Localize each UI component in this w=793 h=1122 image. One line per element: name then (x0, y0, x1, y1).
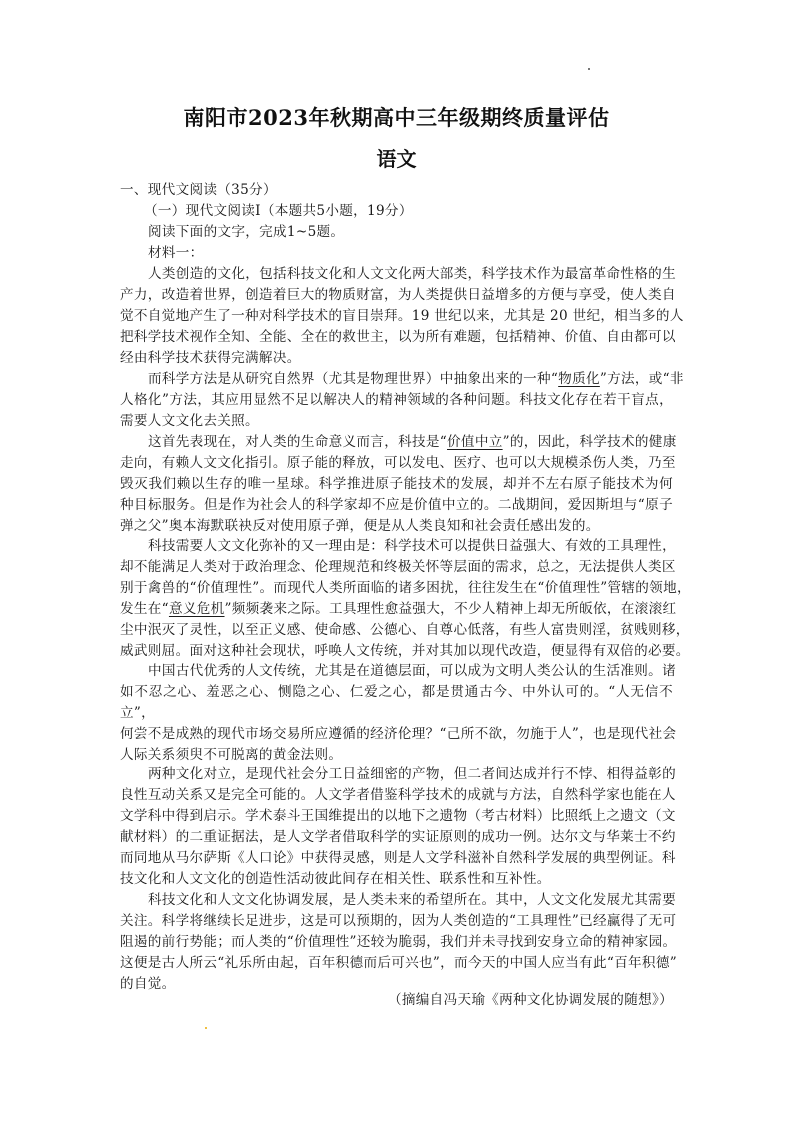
passage-line: 威武则屈。面对这种社会现状，呼唤人文传统，并对其加以现代改造，便显得有双倍的必要… (120, 641, 680, 661)
passage-line: 如不忍之心、羞恶之心、恻隐之心、仁爱之心，都是贯通古今、中外认可的。“人无信不 (120, 682, 673, 702)
text-segment: 这首先表现在，对人类的生命意义而言，科技是“ (148, 434, 447, 450)
passage-line: 技文化和人文文化的创造性活动彼此间存在相关性、联系性和互补性。 (120, 869, 680, 889)
scan-artifact (205, 1027, 207, 1029)
passage-line: 发生在“意义危机”频频袭来之际。工具理性愈益强大，不少人精神上却无所皈依，在滚滚… (120, 599, 673, 619)
passage-line: 却不能满足人类对于政治理念、伦理规范和终极关怀等层面的需求，总之，无法提供人类区 (120, 557, 673, 577)
passage-line: 弹之父”奥本海默联袂反对使用原子弹，便是从人类良知和社会责任感出发的。 (120, 516, 680, 536)
underlined-term: 意义危机 (169, 601, 225, 617)
passage-line: 科技需要人文文化弥补的又一理由是：科学技术可以提供日益强大、有效的工具理性， (148, 536, 673, 556)
passage-line: 文学科中得到启示。学术泰斗王国维提出的以地下之遗物（考古材料）比照纸上之遗文（文 (120, 806, 673, 826)
passage-line: 而科学方法是从研究自然界（尤其是物理世界）中抽象出来的一种“物质化”方法，或“非 (148, 369, 673, 389)
passage-line: 中国古代优秀的人文传统，尤其是在道德层面，可以成为文明人类公认的生活准则。诸 (148, 661, 673, 681)
passage-line: 人格化”方法，其应用显然不足以解决人的精神领域的各种问题。科技文化存在若干盲点， (120, 390, 673, 410)
passage-line: 科技文化和人文文化协调发展，是人类未来的希望所在。其中，人文文化发展尤其需要 (148, 890, 673, 910)
instruction: 阅读下面的文字，完成1~5题。 (148, 222, 708, 242)
passage-line: 觉不自觉地产生了一种对科学技术的盲目崇拜。19 世纪以来，尤其是 20 世纪，相… (120, 306, 673, 326)
underlined-term: 价值中立 (447, 434, 503, 450)
section-subheading: （一）现代文阅读Ⅰ（本题共5小题，19分） (144, 201, 704, 221)
text-segment: ”的，因此，科学技术的健康 (503, 434, 677, 450)
subject-title: 语文 (0, 143, 793, 172)
text-segment: 而科学方法是从研究自然界（尤其是物理世界）中抽象出来的一种“ (148, 371, 558, 387)
passage-line: 尘中泯灭了灵性，以至正义感、使命感、公德心、自尊心低落，有些人富贵则淫，贫贱则移… (120, 620, 673, 640)
exam-title: 南阳市2023年秋期高中三年级期终质量评估 (0, 102, 793, 132)
passage-line: 而同地从马尔萨斯《人口论》中获得灵感，则是人文学科滋补自然科学发展的典型例证。科 (120, 848, 673, 868)
passage-line: 献材料）的二重证据法，是人文学者借取科学的实证原则的成功一例。达尔文与华莱士不约 (120, 827, 673, 847)
passage-line: 需要人文文化去关照。 (120, 411, 680, 431)
passage-line: 立”， (120, 703, 680, 723)
material-label: 材料一： (148, 243, 708, 263)
passage-line: 产力，改造着世界，创造着巨大的物质财富，为人类提供日益增多的方便与享受，使人类自 (120, 285, 673, 305)
passage-line: 这首先表现在，对人类的生命意义而言，科技是“价值中立”的，因此，科学技术的健康 (148, 432, 673, 452)
passage-line: 两种文化对立，是现代社会分工日益细密的产物，但二者间达成并行不悖、相得益彰的 (148, 764, 673, 784)
passage-line: 把科学技术视作全知、全能、全在的救世主，以为所有难题，包括精神、价值、自由都可以 (120, 327, 673, 347)
passage-line: 毁灭我们赖以生存的唯一星球。科学推进原子能技术的发展，却并不左右原子能技术为何 (120, 474, 673, 494)
text-segment: 发生在“ (120, 601, 169, 617)
passage-line: 别于禽兽的“价值理性”。而现代人类所面临的诸多困扰，往往发生在“价值理性”管辖的… (120, 578, 673, 598)
text-segment: ”方法，或“非 (600, 371, 684, 387)
passage-line: 阻遏的前行势能；而人类的“价值理性”还较为脆弱，我们并未寻找到安身立命的精神家园… (120, 932, 673, 952)
text-segment: ”频频袭来之际。工具理性愈益强大，不少人精神上却无所皈依，在滚滚红 (225, 601, 677, 617)
passage-line: 走向，有赖人文文化指引。原子能的释放，可以发电、医疗、也可以大规模杀伤人类，乃至 (120, 453, 673, 473)
passage-line: 何尝不是成熟的现代市场交易所应遵循的经济伦理？“己所不欲，勿施于人”，也是现代社… (120, 724, 673, 744)
passage-line: 关注。科学将继续长足进步，这是可以预期的，因为人类创造的“工具理性”已经赢得了无… (120, 911, 673, 931)
passage-line: 人际关系须臾不可脱离的黄金法则。 (120, 745, 680, 765)
source-citation: （摘编自冯天瑜《两种文化协调发展的随想》） (388, 990, 673, 1010)
passage-line: 经由科学技术获得完满解决。 (120, 348, 680, 368)
scan-artifact (588, 68, 590, 70)
passage-line: 种目标服务。但是作为社会人的科学家却不应是价值中立的。二战期间，爱因斯坦与“原子 (120, 495, 673, 515)
exam-page: 南阳市2023年秋期高中三年级期终质量评估 语文 一、现代文阅读（35分） （一… (0, 0, 793, 1122)
underlined-term: 物质化 (558, 371, 600, 387)
section-heading: 一、现代文阅读（35分） (120, 180, 680, 200)
passage-line: 人类创造的文化，包括科技文化和人文文化两大部类，科学技术作为最富革命性格的生 (148, 264, 673, 284)
passage-line: 这便是古人所云“礼乐所由起，百年积德而后可兴也”，而今天的中国人应当有此“百年积… (120, 953, 673, 973)
passage-line: 良性互动关系又是完全可能的。人文学者借鉴科学技术的成就与方法，自然科学家也能在人 (120, 785, 673, 805)
